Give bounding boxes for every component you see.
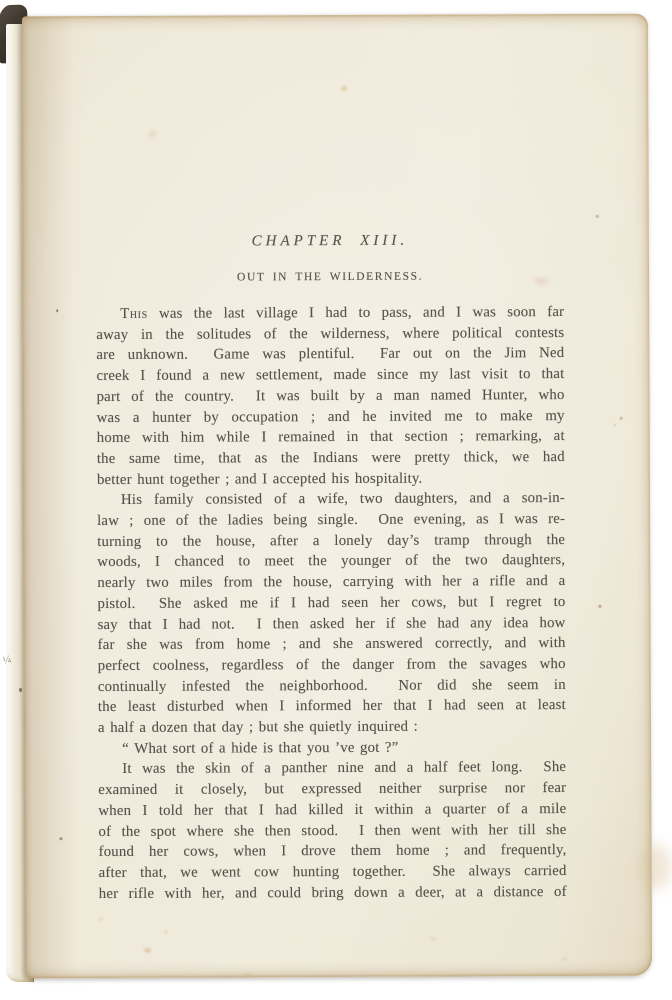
text-line: “ What sort of a hide is that you ’ve go…	[98, 737, 566, 760]
foxing-spot	[620, 417, 623, 420]
text-line: away in the solitudes of the wilderness,…	[96, 323, 564, 346]
text-line: woods, I chanced to meet the younger of …	[97, 550, 565, 573]
text-line: of the spot where she then stood. I then…	[98, 820, 566, 843]
text-line: It was the skin of a panther nine and a …	[98, 757, 566, 780]
chapter-heading: CHAPTER XIII.	[96, 231, 564, 251]
edge-speck	[19, 688, 22, 692]
text-line: say that I had not. I then asked her if …	[98, 613, 566, 636]
gutter-shadow	[22, 16, 78, 978]
foxing-spot	[614, 424, 616, 426]
page-body-text: This was the last village I had to pass,…	[96, 302, 567, 904]
book-page: CHAPTER XIII. OUT IN THE WILDERNESS. Thi…	[22, 14, 652, 979]
foxing-spot	[242, 973, 252, 977]
text-line: This was the last village I had to pass,…	[96, 302, 564, 325]
paragraph: His family consisted of a wife, two daug…	[97, 488, 566, 738]
foxing-spot	[598, 605, 601, 608]
foxing-spot	[430, 937, 436, 941]
foxing-spot	[642, 844, 672, 890]
foxing-spot	[596, 215, 599, 218]
text-line: law ; one of the ladies being single. On…	[97, 509, 565, 532]
paragraph: This was the last village I had to pass,…	[96, 302, 565, 490]
text-line: better hunt together ; and I accepted hi…	[97, 468, 565, 491]
text-line: His family consisted of a wife, two daug…	[97, 488, 565, 511]
page-content: CHAPTER XIII. OUT IN THE WILDERNESS. Thi…	[95, 14, 567, 904]
photo-background: { "colors": { "photo_background": "#ffff…	[0, 0, 672, 1000]
edge-pencil-mark: ¼	[2, 653, 14, 667]
text-line: turning to the house, after a lonely day…	[97, 530, 565, 553]
text-line: the same time, that as the Indians were …	[97, 447, 565, 470]
text-line: examined it closely, but expressed neith…	[98, 778, 566, 801]
paragraph: It was the skin of a panther nine and a …	[98, 757, 567, 904]
foxing-spot	[562, 957, 567, 961]
text-line: are unknown. Game was plentiful. Far out…	[96, 343, 564, 366]
text-line: pistol. She asked me if I had seen her c…	[97, 592, 565, 615]
text-line: a half a dozen that day ; but she quietl…	[98, 716, 566, 739]
text-line: when I told her that I had killed it wit…	[98, 799, 566, 822]
text-line: creek I found a new settlement, made sin…	[96, 364, 564, 387]
text-line: nearly two miles from the house, carryin…	[97, 571, 565, 594]
text-line: after that, we went cow hunting together…	[99, 861, 567, 884]
text-line: was a hunter by occupation ; and he invi…	[97, 406, 565, 429]
text-line: far she was from home ; and she answered…	[98, 633, 566, 656]
paragraph: “ What sort of a hide is that you ’ve go…	[98, 737, 566, 760]
smallcaps-lead: This	[120, 306, 148, 322]
section-heading: OUT IN THE WILDERNESS.	[96, 269, 564, 285]
text-line: home with him while I remained in that s…	[97, 426, 565, 449]
text-line: part of the country. It was built by a m…	[97, 385, 565, 408]
text-line: perfect coolness, regardless of the dang…	[98, 654, 566, 677]
foxing-spot	[99, 918, 103, 921]
foxing-spot	[144, 948, 151, 953]
text-line: continually infested the neighborhood. N…	[98, 675, 566, 698]
text-line: found her cows, when I drove them home ;…	[99, 840, 567, 863]
foxing-spot	[164, 930, 168, 934]
text-line: her rifle with her, and could bring down…	[99, 882, 567, 905]
text-line: the least disturbed when I informed her …	[98, 695, 566, 718]
